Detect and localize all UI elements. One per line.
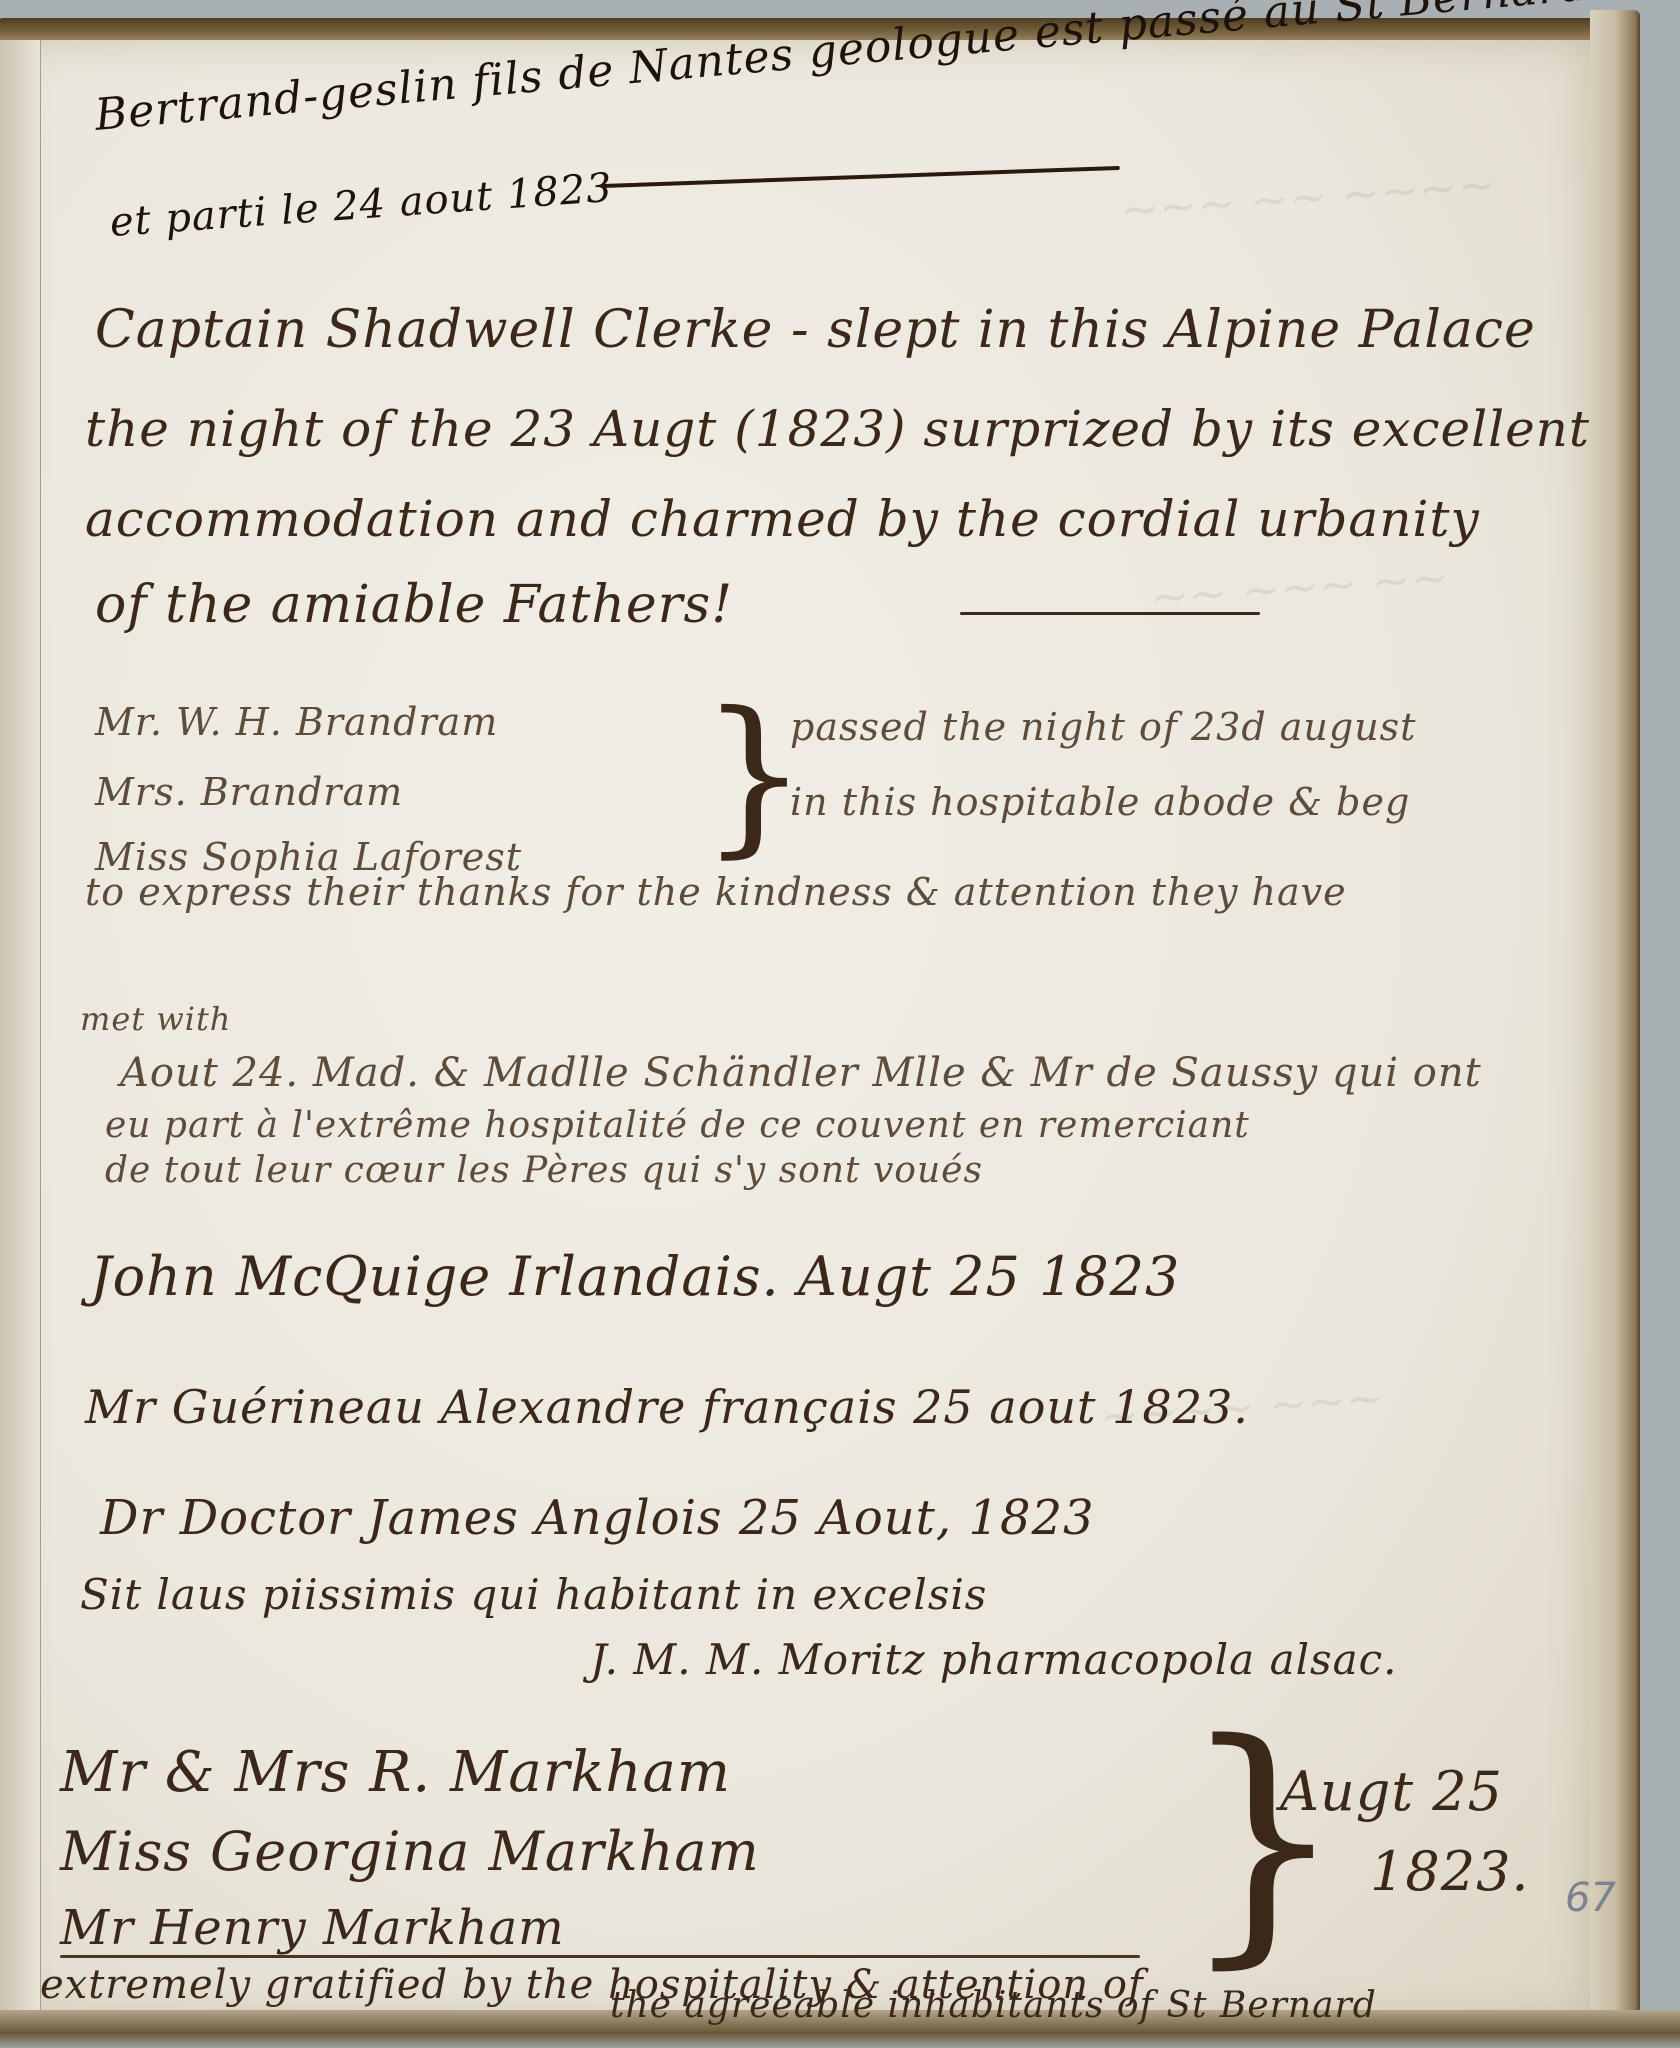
entry-3-name-1: Mr. W. H. Brandram — [95, 700, 498, 744]
entry-9-brace: } — [1180, 1710, 1345, 1970]
entry-9-name-3: Mr Henry Markham — [60, 1900, 565, 1956]
entry-2-line-1: Captain Shadwell Clerke - slept in this … — [95, 300, 1536, 360]
entry-9-name-1: Mr & Mrs R. Markham — [60, 1740, 731, 1805]
entry-3-name-2: Mrs. Brandram — [95, 770, 403, 814]
folio-number: 67 — [1565, 1875, 1616, 1921]
entry-3-text-3: to express their thanks for the kindness… — [85, 870, 1347, 914]
entry-9-divider — [60, 1955, 1140, 1958]
entry-4-line-3: de tout leur cœur les Pères qui s'y sont… — [105, 1150, 983, 1191]
entry-9-footer-2: the agreeable inhabitants of St Bernard — [610, 1985, 1377, 2026]
entry-4-line-1: Aout 24. Mad. & Madlle Schändler Mlle & … — [120, 1050, 1482, 1096]
entry-5-line: John McQuige Irlandais. Augt 25 1823 — [90, 1245, 1180, 1308]
book-gutter — [0, 40, 41, 2020]
entry-9-name-2: Miss Georgina Markham — [60, 1820, 760, 1883]
entry-2-underline — [960, 612, 1260, 615]
entry-9-date-2: 1823. — [1370, 1840, 1530, 1903]
page-edge-right — [1590, 10, 1640, 2030]
entry-3-text-4: met with — [80, 1000, 231, 1038]
entry-2-line-3: accommodation and charmed by the cordial… — [85, 490, 1480, 548]
entry-6-line: Mr Guérineau Alexandre français 25 aout … — [85, 1380, 1249, 1434]
entry-8-line-1: Sit laus piissimis qui habitant in excel… — [80, 1570, 987, 1619]
entry-4-line-2: eu part à l'extrême hospitalité de ce co… — [105, 1105, 1250, 1146]
entry-9-date-1: Augt 25 — [1280, 1760, 1503, 1823]
entry-3-text-1: passed the night of 23d august — [790, 705, 1416, 749]
entry-2-line-2: the night of the 23 Augt (1823) surprize… — [85, 400, 1590, 458]
entry-8-line-2: J. M. M. Moritz pharmacopola alsac. — [590, 1635, 1398, 1684]
entry-3-text-2: in this hospitable abode & beg — [790, 780, 1410, 824]
entry-7-line: Dr Doctor James Anglois 25 Aout, 1823 — [100, 1490, 1095, 1546]
entry-2-line-4: of the amiable Fathers! — [95, 575, 733, 635]
